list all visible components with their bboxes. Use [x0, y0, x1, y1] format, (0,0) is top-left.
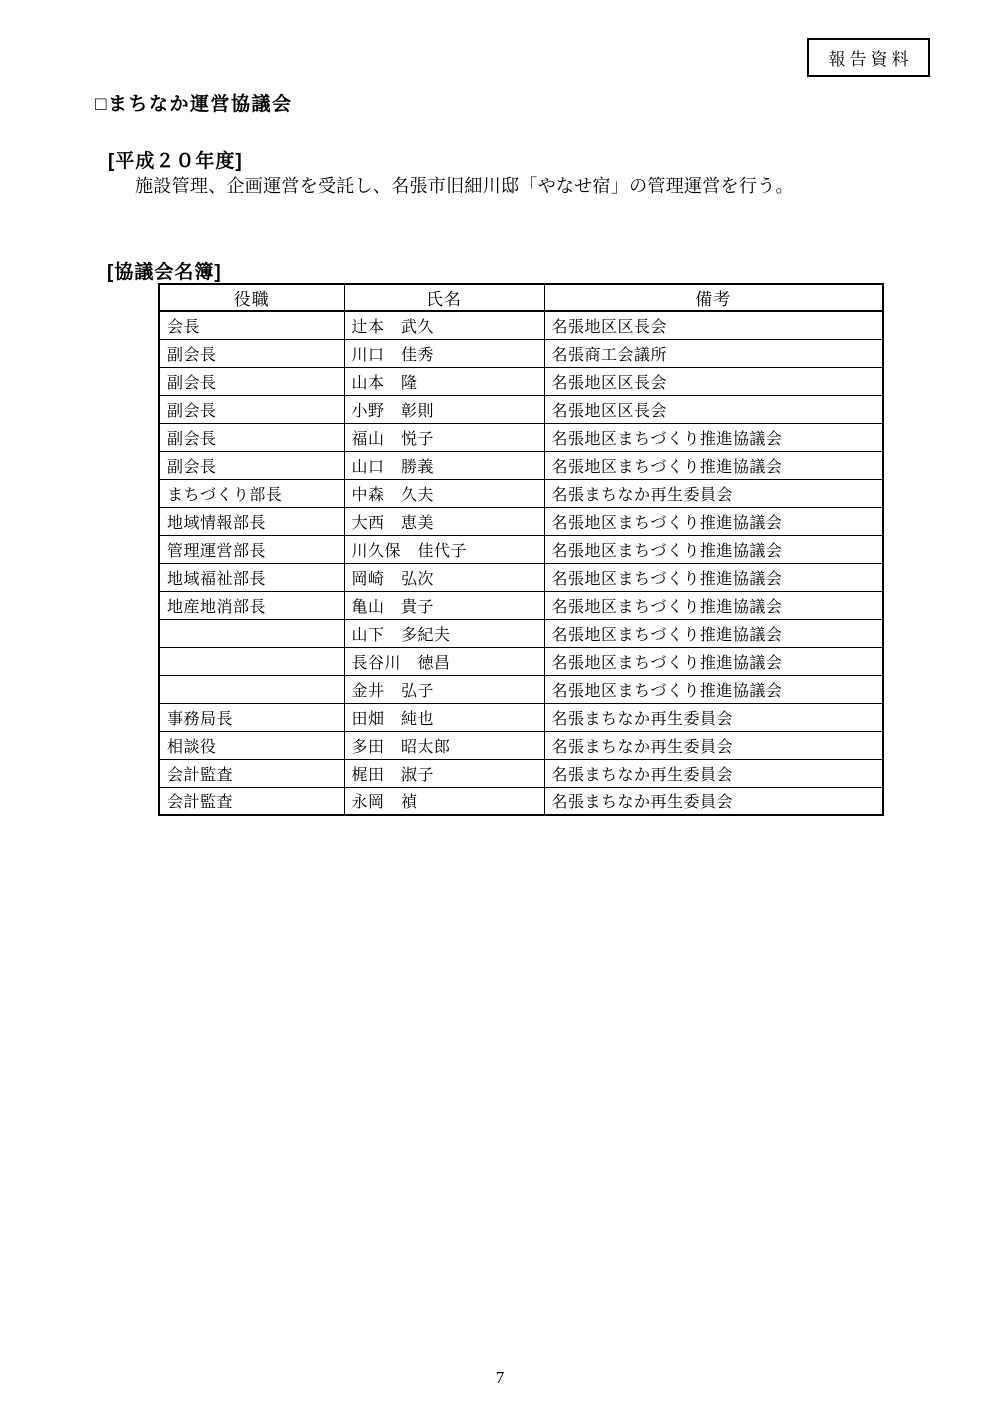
cell-name: 多田 昭太郎 — [344, 731, 544, 759]
table-row: まちづくり部長 中森 久夫 名張まちなか再生委員会 — [159, 479, 883, 507]
cell-name: 田畑 純也 — [344, 703, 544, 731]
roster-table: 役職 氏名 備考 会長 辻本 武久 名張地区区長会 副会長 川口 佳秀 名張商工… — [158, 283, 884, 816]
column-header-remarks: 備考 — [544, 284, 883, 311]
cell-name: 梶田 淑子 — [344, 759, 544, 787]
column-header-position: 役職 — [159, 284, 344, 311]
cell-name: 亀山 貴子 — [344, 591, 544, 619]
table-row: 地産地消部長 亀山 貴子 名張地区まちづくり推進協議会 — [159, 591, 883, 619]
roster-table-body: 会長 辻本 武久 名張地区区長会 副会長 川口 佳秀 名張商工会議所 副会長 山… — [159, 311, 883, 815]
cell-remarks: 名張商工会議所 — [544, 339, 883, 367]
cell-position: 副会長 — [159, 367, 344, 395]
table-row: 副会長 福山 悦子 名張地区まちづくり推進協議会 — [159, 423, 883, 451]
table-row: 副会長 小野 彰則 名張地区区長会 — [159, 395, 883, 423]
cell-name: 中森 久夫 — [344, 479, 544, 507]
cell-remarks: 名張地区まちづくり推進協議会 — [544, 591, 883, 619]
table-row: 山下 多紀夫 名張地区まちづくり推進協議会 — [159, 619, 883, 647]
table-row: 会計監査 永岡 禎 名張まちなか再生委員会 — [159, 787, 883, 815]
cell-remarks: 名張地区区長会 — [544, 311, 883, 339]
cell-name: 福山 悦子 — [344, 423, 544, 451]
report-stamp-label: 報告資料 — [825, 45, 913, 70]
table-row: 会計監査 梶田 淑子 名張まちなか再生委員会 — [159, 759, 883, 787]
document-title: □まちなか運営協議会 — [95, 89, 292, 116]
page-number: 7 — [0, 1368, 1000, 1388]
table-row: 事務局長 田畑 純也 名張まちなか再生委員会 — [159, 703, 883, 731]
table-row: 管理運営部長 川久保 佳代子 名張地区まちづくり推進協議会 — [159, 535, 883, 563]
cell-position: 事務局長 — [159, 703, 344, 731]
cell-position: 相談役 — [159, 731, 344, 759]
cell-position: 副会長 — [159, 423, 344, 451]
cell-remarks: 名張地区まちづくり推進協議会 — [544, 535, 883, 563]
cell-remarks: 名張まちなか再生委員会 — [544, 787, 883, 815]
cell-position: 副会長 — [159, 395, 344, 423]
document-page: 報告資料 □まちなか運営協議会 [平成２０年度] 施設管理、企画運営を受託し、名… — [0, 0, 1000, 1415]
table-row: 地域情報部長 大西 恵美 名張地区まちづくり推進協議会 — [159, 507, 883, 535]
table-row: 会長 辻本 武久 名張地区区長会 — [159, 311, 883, 339]
cell-position: 会計監査 — [159, 759, 344, 787]
cell-name: 小野 彰則 — [344, 395, 544, 423]
cell-name: 山下 多紀夫 — [344, 619, 544, 647]
cell-remarks: 名張地区区長会 — [544, 395, 883, 423]
cell-position: 管理運営部長 — [159, 535, 344, 563]
cell-remarks: 名張地区まちづくり推進協議会 — [544, 647, 883, 675]
roster-heading: [協議会名簿] — [107, 257, 222, 284]
description-text: 施設管理、企画運営を受託し、名張市旧細川邸「やなせ宿」の管理運営を行う。 — [135, 172, 794, 198]
cell-remarks: 名張まちなか再生委員会 — [544, 731, 883, 759]
cell-position — [159, 647, 344, 675]
fiscal-year-heading: [平成２０年度] — [108, 146, 243, 173]
cell-position: 会長 — [159, 311, 344, 339]
cell-remarks: 名張まちなか再生委員会 — [544, 703, 883, 731]
cell-remarks: 名張まちなか再生委員会 — [544, 479, 883, 507]
cell-position: まちづくり部長 — [159, 479, 344, 507]
cell-position: 地域福祉部長 — [159, 563, 344, 591]
cell-position — [159, 675, 344, 703]
cell-position: 会計監査 — [159, 787, 344, 815]
cell-name: 川久保 佳代子 — [344, 535, 544, 563]
table-row: 金井 弘子 名張地区まちづくり推進協議会 — [159, 675, 883, 703]
cell-remarks: 名張地区まちづくり推進協議会 — [544, 451, 883, 479]
table-header-row: 役職 氏名 備考 — [159, 284, 883, 311]
column-header-name: 氏名 — [344, 284, 544, 311]
cell-position: 副会長 — [159, 451, 344, 479]
report-stamp-box: 報告資料 — [807, 38, 930, 77]
cell-remarks: 名張地区まちづくり推進協議会 — [544, 423, 883, 451]
cell-name: 川口 佳秀 — [344, 339, 544, 367]
cell-name: 辻本 武久 — [344, 311, 544, 339]
cell-position: 地産地消部長 — [159, 591, 344, 619]
table-row: 長谷川 徳昌 名張地区まちづくり推進協議会 — [159, 647, 883, 675]
table-row: 副会長 山口 勝義 名張地区まちづくり推進協議会 — [159, 451, 883, 479]
cell-position: 地域情報部長 — [159, 507, 344, 535]
cell-remarks: 名張地区まちづくり推進協議会 — [544, 507, 883, 535]
cell-name: 岡崎 弘次 — [344, 563, 544, 591]
cell-name: 長谷川 徳昌 — [344, 647, 544, 675]
cell-name: 永岡 禎 — [344, 787, 544, 815]
cell-remarks: 名張地区まちづくり推進協議会 — [544, 619, 883, 647]
cell-remarks: 名張地区区長会 — [544, 367, 883, 395]
cell-name: 山本 隆 — [344, 367, 544, 395]
cell-remarks: 名張地区まちづくり推進協議会 — [544, 563, 883, 591]
table-row: 相談役 多田 昭太郎 名張まちなか再生委員会 — [159, 731, 883, 759]
table-row: 副会長 山本 隆 名張地区区長会 — [159, 367, 883, 395]
cell-remarks: 名張まちなか再生委員会 — [544, 759, 883, 787]
table-row: 地域福祉部長 岡崎 弘次 名張地区まちづくり推進協議会 — [159, 563, 883, 591]
cell-name: 大西 恵美 — [344, 507, 544, 535]
table-row: 副会長 川口 佳秀 名張商工会議所 — [159, 339, 883, 367]
cell-position — [159, 619, 344, 647]
cell-name: 山口 勝義 — [344, 451, 544, 479]
cell-remarks: 名張地区まちづくり推進協議会 — [544, 675, 883, 703]
cell-position: 副会長 — [159, 339, 344, 367]
cell-name: 金井 弘子 — [344, 675, 544, 703]
